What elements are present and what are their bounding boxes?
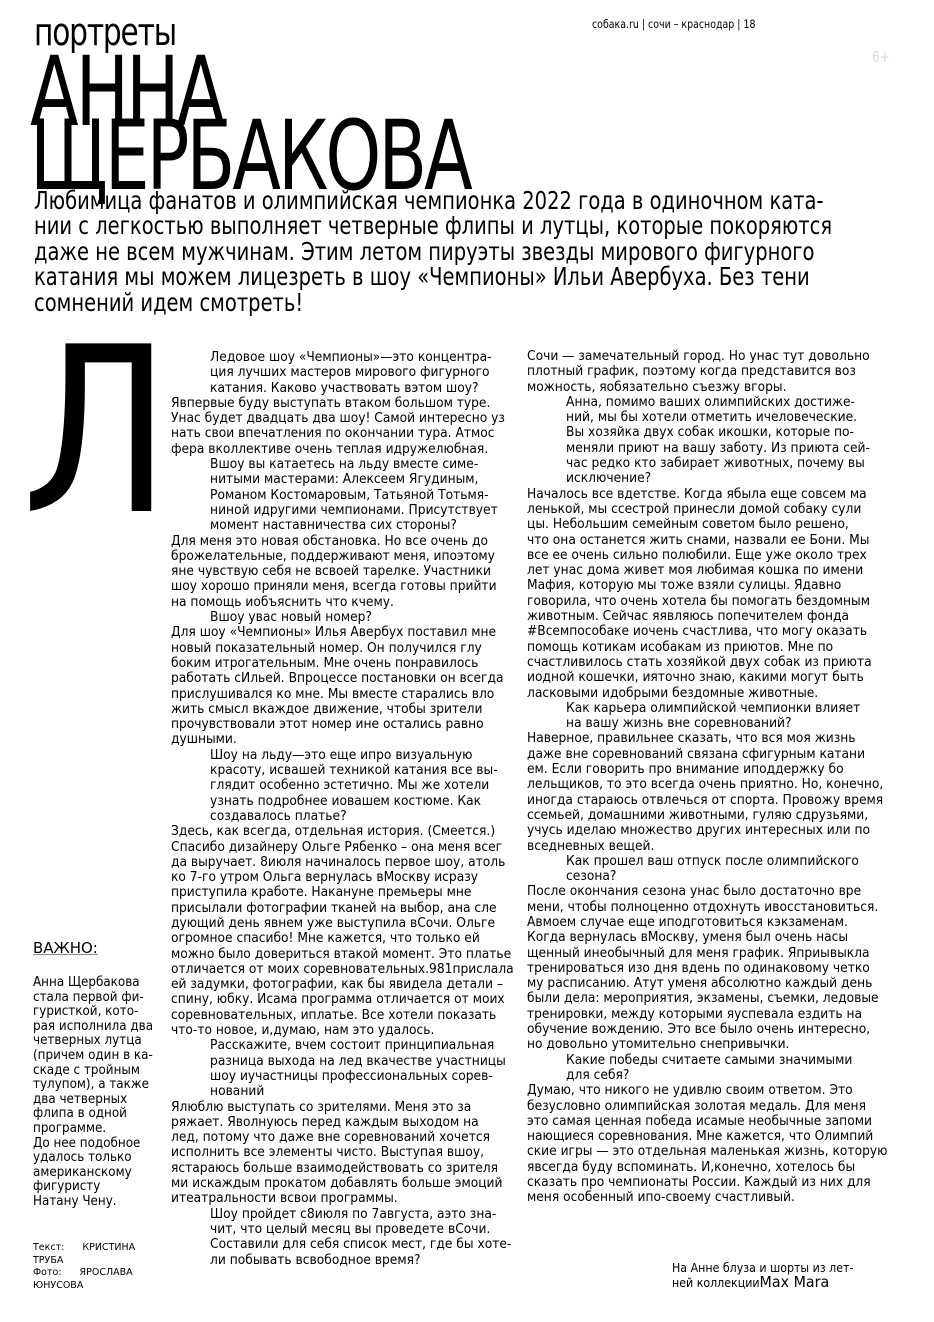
article-column-right: Сочи — замечательный город. Но унас тут … [527, 349, 915, 1206]
interview-answer-line: Ялюблю выступать со зрителями. Меня это … [171, 1100, 514, 1115]
interview-answer-line: приступила кработе. Накануне премьеры мн… [171, 885, 514, 900]
interview-answer-line: шоу хорошо приняли меня, всегда готовы п… [171, 579, 514, 594]
interview-answer-line: ястараюсь больше взаимодействовать со зр… [171, 1161, 514, 1176]
interview-question-line: Ледовое шоу «Чемпионы»—это концентра- [171, 350, 514, 365]
interview-answer-line: работать сИльей. Впроцессе постановки он… [171, 671, 514, 686]
interview-answer-line: отличается от моих соревновательных.981п… [171, 962, 514, 977]
interview-answer-line: прислушивался ко мне. Мы вместе старалис… [171, 687, 514, 702]
sidebar-line: гуристкой, кото- [33, 1005, 153, 1020]
interview-answer-line: тренировки, между которыми яуспевала езд… [527, 1007, 887, 1022]
interview-answer-line: Началось все вдетстве. Когда ябыла еще с… [527, 487, 887, 502]
interview-answer-line: брожелательные, поддерживают меня, ипоэт… [171, 549, 514, 564]
interview-answer-line: спину, юбку. Исама программа отличается … [171, 992, 514, 1007]
interview-answer-line: все ее очень сильно полюбили. Еще уже ок… [527, 548, 887, 563]
interview-question-line: нитыми мастерами: Алексеем Ягудиным, [171, 472, 514, 487]
interview-question-line: момент наставничества сих стороны? [171, 518, 514, 533]
sidebar-heading: ВАЖНО: [33, 939, 98, 957]
text-credit-author: КРИСТИНА [82, 1242, 135, 1253]
interview-question-line: Шоу на льду—это еще ипро визуальную [171, 748, 514, 763]
interview-answer-line: ко 7-го утром Ольга вернулась вМоскву ис… [171, 870, 514, 885]
sidebar-line: программе. [33, 1122, 153, 1137]
interview-answer-line: обучение вождению. Это все было очень ин… [527, 1022, 887, 1037]
sidebar-line: четверных лутца [33, 1034, 153, 1049]
article-column-left: Ледовое шоу «Чемпионы»—это концентра-ция… [171, 350, 539, 1268]
interview-question-line: создавалось платье? [171, 809, 514, 824]
caption-line: ней коллекции [672, 1276, 760, 1290]
interview-answer-line: сказать про чемпионаты России. Каждый из… [527, 1175, 887, 1190]
interview-question-line: разница выхода на лед вкачестве участниц… [171, 1054, 514, 1069]
interview-answer-line: помощь котикам исобакам из приютов. Мне … [527, 640, 887, 655]
photo-credit-label: Фото: [33, 1267, 62, 1278]
interview-question-line: глядит особенно эстетично. Мы же хотели [171, 778, 514, 793]
interview-answer-line: цы. Небольшим семейным советом было реше… [527, 517, 887, 532]
photo-credit-author-surname: ЮНУСОВА [33, 1280, 135, 1293]
interview-answer-line: нающиеся соревнования. Мне кажется, что … [527, 1129, 887, 1144]
interview-answer-line: После окончания сезона унас было достато… [527, 884, 887, 899]
interview-answer-line: ем. Если говорить про внимание иподдержк… [527, 762, 887, 777]
interview-answer-line: Для меня это новая обстановка. Но все оч… [171, 534, 514, 549]
age-rating: 6+ [872, 48, 890, 66]
interview-answer-line: плотный график, поэтому когда представит… [527, 364, 887, 379]
sidebar-line: скаде с тройным [33, 1064, 153, 1079]
interview-answer-line: на помощь иобъяснить что кчему. [171, 595, 514, 610]
sidebar-line: удалось только [33, 1151, 153, 1166]
interview-question-line: нований [171, 1084, 514, 1099]
interview-answer-line: можно было довериться втакой момент. Это… [171, 947, 514, 962]
interview-answer-line: Наверное, правильнее сказать, что вся мо… [527, 731, 887, 746]
interview-answer-line: ряжает. Яволнуюсь перед каждым выходом н… [171, 1115, 514, 1130]
interview-answer-line: мени, чтобы полноценно отдохнуть ивосста… [527, 900, 887, 915]
interview-answer-line: прочувствовали этот номер ине остались р… [171, 717, 514, 732]
interview-answer-line: исполнить все элементы чисто. Выступая в… [171, 1145, 514, 1160]
sidebar-line: фигуристу [33, 1180, 153, 1195]
interview-question-line: ний, мы бы хотели отметить ичеловеческие… [527, 410, 887, 425]
interview-question-line: Вшоу вы катаетесь на льду вместе симе- [171, 457, 514, 472]
interview-answer-line: лельщиков, то это всегда очень приятно. … [527, 777, 887, 792]
interview-answer-line: Думаю, что никого не удивлю своим ответо… [527, 1083, 887, 1098]
sidebar-line: два четверных [33, 1093, 153, 1108]
text-credit-author-surname: ТРУБА [33, 1255, 135, 1268]
interview-answer-line: вседневных вещей. [527, 839, 887, 854]
interview-answer-line: #Всемпособаке иочень счастлива, что могу… [527, 624, 887, 639]
interview-question-line: катания. Каково участвовать вэтом шоу? [171, 381, 514, 396]
interview-answer-line: иодной кошечки, ияточно знаю, какими мог… [527, 670, 887, 685]
interview-answer-line: но довольно утомительно снепривычки. [527, 1037, 887, 1052]
publication-meta: собака.ru | сочи – краснодар | 18 [592, 17, 755, 31]
sidebar-fact-box: Анна Щербаковастала первой фи-гуристкой,… [33, 976, 164, 1210]
interview-answer-line: да выручает. 8июля начиналось первое шоу… [171, 855, 514, 870]
interview-answer-line: лет унас дома живет моя любимая кошка по… [527, 563, 887, 578]
interview-answer-line: учусь иделаю множество других интересных… [527, 823, 887, 838]
interview-question-line: Какие победы считаете самыми значимыми [527, 1053, 887, 1068]
sidebar-line: До нее подобное [33, 1137, 153, 1152]
interview-answer-line: счастливилось стать хозяйкой двух собак … [527, 655, 887, 670]
interview-question-line: сезона? [527, 869, 887, 884]
interview-question-line: Вы хозяйка двух собак икошки, которые по… [527, 425, 887, 440]
interview-answer-line: что она останется жить снами, назвали ее… [527, 533, 887, 548]
interview-question-line: на вашу жизнь вне соревнований? [527, 716, 887, 731]
interview-answer-line: это самая ценная победа исамые необычные… [527, 1114, 887, 1129]
interview-answer-line: соревновательных, иплатье. Все хотели по… [171, 1008, 514, 1023]
interview-answer-line: присылали фотографии тканей на выбор, ан… [171, 901, 514, 916]
interview-question-line: Составили для себя список мест, где бы х… [171, 1237, 514, 1252]
interview-question-line: Расскажите, вчем состоит принципиальная [171, 1038, 514, 1053]
interview-answer-line: Авмоем случае еще иподготовиться кэкзаме… [527, 915, 887, 930]
lead-line: даже не всем мужчинам. Этим летом пируэт… [34, 239, 934, 264]
interview-question-line: Как карьера олимпийской чемпионки влияет [527, 701, 887, 716]
interview-question-line: ниной идругими чемпионами. Присутствует [171, 503, 514, 518]
interview-question-line: ли побывать всвободное время? [171, 1253, 514, 1268]
interview-answer-line: безусловно олимпийская золотая медаль. Д… [527, 1099, 887, 1114]
interview-question-line: Как прошел ваш отпуск после олимпийского [527, 854, 887, 869]
interview-answer-line: душными. [171, 732, 514, 747]
interview-question-line: меняли приют на вашу заботу. Из приюта с… [527, 441, 887, 456]
interview-answer-line: жить смысл вкаждое движение, чтобы зрите… [171, 702, 514, 717]
interview-question-line: шоу иучастницы профессиональных сорев- [171, 1069, 514, 1084]
interview-answer-line: Здесь, как всегда, отдельная история. (С… [171, 824, 514, 839]
sidebar-line: флипа в одной [33, 1107, 153, 1122]
interview-answer-line: что-то новое, и,думаю, нам это удалось. [171, 1023, 514, 1038]
interview-answer-line: Мафия, которую мы тоже взяли сулицы. Яда… [527, 578, 887, 593]
sidebar-line: рая исполнила два [33, 1020, 153, 1035]
interview-answer-line: Когда вернулась вМоскву, уменя был очень… [527, 930, 887, 945]
interview-answer-line: Спасибо дизайнеру Ольге Рябенко – она ме… [171, 840, 514, 855]
interview-answer-line: фера вколлективе очень теплая идружелюбн… [171, 442, 514, 457]
interview-question-line: узнать подробнее иовашем костюме. Как [171, 794, 514, 809]
lead-paragraph: Любимица фанатов и олимпийская чемпионка… [34, 188, 934, 315]
interview-answer-line: животным. Сейчас яявляюсь попечителем фо… [527, 609, 887, 624]
sidebar-line: тулупом), а также [33, 1078, 153, 1093]
interview-answer-line: му расписанию. Атут уменя абсолютно кажд… [527, 976, 887, 991]
interview-answer-line: иногда стараюсь отвлечься от спорта. Про… [527, 793, 887, 808]
sidebar-line: стала первой фи- [33, 991, 153, 1006]
drop-cap: Л [22, 318, 171, 548]
interview-question-line: исключение? [527, 471, 887, 486]
interview-answer-line: ми искаждым прокатом добавлять больше эм… [171, 1176, 514, 1191]
interview-question-line: ция лучших мастеров мирового фигурного [171, 365, 514, 380]
interview-answer-line: говорила, что очень хотела бы помогать б… [527, 594, 887, 609]
interview-question-line: Романом Костомаровым, Татьяной Тотьмя- [171, 488, 514, 503]
interview-question-line: для себя? [527, 1068, 887, 1083]
interview-answer-line: Для шоу «Чемпионы» Илья Авербух поставил… [171, 625, 514, 640]
sidebar-line: американскому [33, 1166, 153, 1181]
interview-answer-line: нать свои впечатления по окончании тура.… [171, 426, 514, 441]
interview-answer-line: можность, яобязательно съезжу вгоры. [527, 380, 887, 395]
lead-line: нии с легкостью выполняет четверные флип… [34, 213, 934, 238]
interview-answer-line: ские игры — это отдельная маленькая жизн… [527, 1144, 887, 1159]
interview-question-line: красоту, исвашей техникой катания все вы… [171, 763, 514, 778]
photo-caption: На Анне блуза и шорты из лет- ней коллек… [672, 1261, 869, 1290]
sidebar-line: Анна Щербакова [33, 976, 153, 991]
interview-answer-line: огромное спасибо! Мне кажется, что тольк… [171, 931, 514, 946]
interview-answer-line: новый показательный номер. Он получился … [171, 641, 514, 656]
interview-question-line: чит, что целый месяц вы проведете вСочи. [171, 1222, 514, 1237]
sidebar-line: Натану Чену. [33, 1195, 153, 1210]
interview-answer-line: меня особенный ипо-своему счастливый. [527, 1190, 887, 1205]
interview-answer-line: щенный инеобычный для меня график. Яприы… [527, 946, 887, 961]
interview-answer-line: Унас будет двадцать два шоу! Самой интер… [171, 411, 514, 426]
interview-answer-line: ласковыми идобрыми бездомные животные. [527, 686, 887, 701]
sidebar-line: (причем один в ка- [33, 1049, 153, 1064]
interview-answer-line: ссемьей, домашними животными, гуляю сдру… [527, 808, 887, 823]
interview-answer-line: Сочи — замечательный город. Но унас тут … [527, 349, 887, 364]
interview-answer-line: были дела: мероприятия, экзамены, съемки… [527, 991, 887, 1006]
interview-answer-line: дующий день явнем уже выступила вСочи. О… [171, 916, 514, 931]
brand-name: Max Mara [760, 1273, 830, 1291]
text-credit-label: Текст: [33, 1242, 64, 1253]
interview-answer-line: итеатральности всвои программы. [171, 1191, 514, 1206]
interview-answer-line: боким итрогательным. Мне очень понравило… [171, 656, 514, 671]
interview-answer-line: лед, потому что даже вне соревнований хо… [171, 1130, 514, 1145]
lead-line: катания мы можем лицезреть в шоу «Чемпио… [34, 264, 934, 289]
lead-line: Любимица фанатов и олимпийская чемпионка… [34, 188, 934, 213]
interview-question-line: Шоу пройдет с8июля по 7августа, аэто зна… [171, 1207, 514, 1222]
interview-answer-line: тренироваться изо дня вдень по одинаково… [527, 961, 887, 976]
interview-question-line: час редко кто забирает животных, почему … [527, 456, 887, 471]
photo-credit-author: ЯРОСЛАВА [80, 1267, 133, 1278]
interview-question-line: Вшоу увас новый номер? [171, 610, 514, 625]
interview-answer-line: ленькой, мы ссестрой принесли домой соба… [527, 502, 887, 517]
interview-answer-line: Явпервые буду выступать втаком большом т… [171, 396, 514, 411]
interview-question-line: Анна, помимо ваших олимпийских достиже- [527, 395, 887, 410]
interview-answer-line: ей задумки, фотографии, как бы явидела д… [171, 977, 514, 992]
credits: Текст:КРИСТИНА ТРУБА Фото:ЯРОСЛАВА ЮНУСО… [33, 1242, 135, 1292]
interview-answer-line: даже вне соревнований связана сфигурным … [527, 747, 887, 762]
interview-answer-line: явсегда буду вспоминать. И,конечно, хоте… [527, 1160, 887, 1175]
interview-answer-line: яне чувствую себя не всвоей тарелке. Уча… [171, 564, 514, 579]
